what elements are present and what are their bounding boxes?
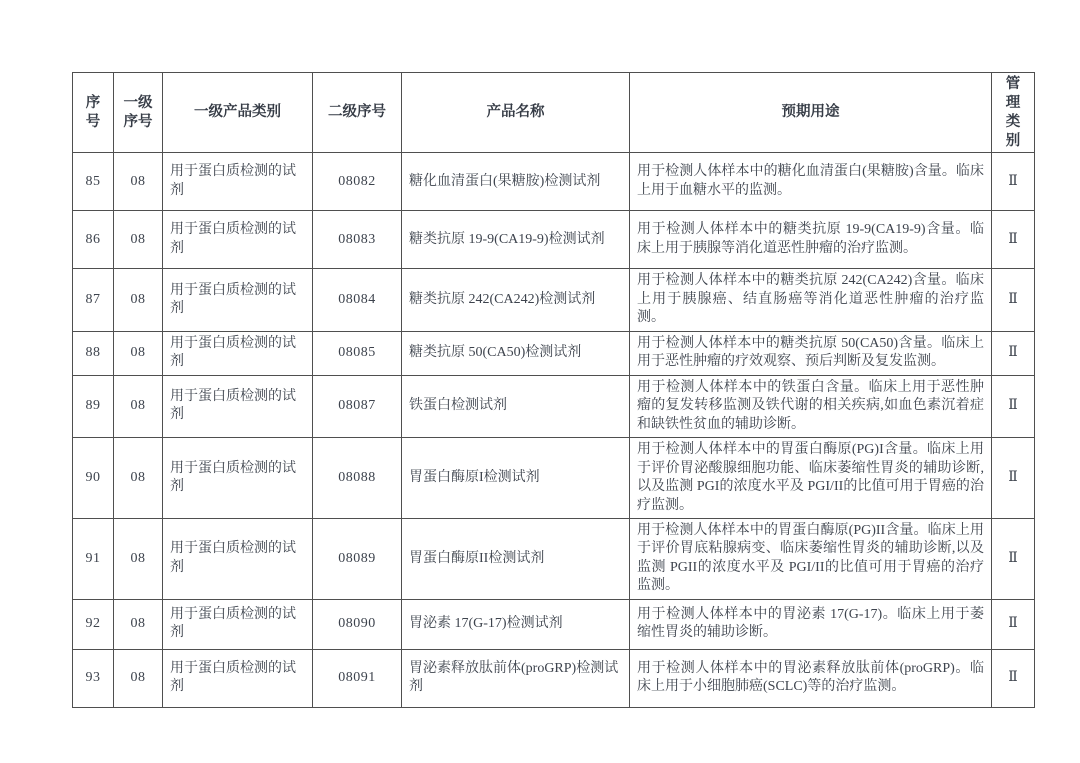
cell-serial-number: 93 — [73, 649, 114, 707]
cell-level1-category: 用于蛋白质检测的试剂 — [163, 331, 313, 375]
table-row: 89 08 用于蛋白质检测的试剂 08087 铁蛋白检测试剂 用于检测人体样本中… — [73, 375, 1035, 437]
cell-serial-number: 87 — [73, 269, 114, 331]
header-mgmt-class: 管理类别 — [992, 73, 1035, 153]
cell-mgmt-class: Ⅱ — [992, 438, 1035, 519]
header-level1-category: 一级产品类别 — [163, 73, 313, 153]
cell-level1-serial: 08 — [114, 599, 163, 649]
cell-level2-serial: 08087 — [313, 375, 402, 437]
cell-level2-serial: 08090 — [313, 599, 402, 649]
table-row: 93 08 用于蛋白质检测的试剂 08091 胃泌素释放肽前体(proGRP)检… — [73, 649, 1035, 707]
cell-mgmt-class: Ⅱ — [992, 211, 1035, 269]
cell-level1-serial: 08 — [114, 438, 163, 519]
table-row: 88 08 用于蛋白质检测的试剂 08085 糖类抗原 50(CA50)检测试剂… — [73, 331, 1035, 375]
cell-product-name: 糖类抗原 242(CA242)检测试剂 — [402, 269, 630, 331]
cell-level1-serial: 08 — [114, 331, 163, 375]
cell-level2-serial: 08084 — [313, 269, 402, 331]
cell-product-name: 胃蛋白酶原II检测试剂 — [402, 519, 630, 600]
cell-level1-serial: 08 — [114, 269, 163, 331]
cell-intended-use: 用于检测人体样本中的胃泌素 17(G-17)。临床上用于萎缩性胃炎的辅助诊断。 — [630, 599, 992, 649]
table-row: 90 08 用于蛋白质检测的试剂 08088 胃蛋白酶原I检测试剂 用于检测人体… — [73, 438, 1035, 519]
cell-level2-serial: 08083 — [313, 211, 402, 269]
cell-level1-category: 用于蛋白质检测的试剂 — [163, 649, 313, 707]
cell-level2-serial: 08082 — [313, 153, 402, 211]
cell-product-name: 胃泌素释放肽前体(proGRP)检测试剂 — [402, 649, 630, 707]
cell-intended-use: 用于检测人体样本中的糖类抗原 50(CA50)含量。临床上用于恶性肿瘤的疗效观察… — [630, 331, 992, 375]
document-page: 序号 一级序号 一级产品类别 二级序号 产品名称 预期用途 管理类别 85 08… — [0, 0, 1080, 763]
cell-serial-number: 92 — [73, 599, 114, 649]
cell-serial-number: 88 — [73, 331, 114, 375]
cell-serial-number: 85 — [73, 153, 114, 211]
header-serial-number: 序号 — [73, 73, 114, 153]
table-row: 85 08 用于蛋白质检测的试剂 08082 糖化血清蛋白(果糖胺)检测试剂 用… — [73, 153, 1035, 211]
header-intended-use: 预期用途 — [630, 73, 992, 153]
cell-product-name: 胃蛋白酶原I检测试剂 — [402, 438, 630, 519]
cell-level1-serial: 08 — [114, 153, 163, 211]
cell-mgmt-class: Ⅱ — [992, 331, 1035, 375]
header-product-name: 产品名称 — [402, 73, 630, 153]
cell-product-name: 铁蛋白检测试剂 — [402, 375, 630, 437]
cell-intended-use: 用于检测人体样本中的胃蛋白酶原(PG)II含量。临床上用于评价胃底粘腺病变、临床… — [630, 519, 992, 600]
table-row: 91 08 用于蛋白质检测的试剂 08089 胃蛋白酶原II检测试剂 用于检测人… — [73, 519, 1035, 600]
product-classification-table: 序号 一级序号 一级产品类别 二级序号 产品名称 预期用途 管理类别 85 08… — [72, 72, 1035, 708]
cell-level2-serial: 08085 — [313, 331, 402, 375]
cell-serial-number: 86 — [73, 211, 114, 269]
cell-mgmt-class: Ⅱ — [992, 375, 1035, 437]
cell-level1-category: 用于蛋白质检测的试剂 — [163, 519, 313, 600]
cell-product-name: 胃泌素 17(G-17)检测试剂 — [402, 599, 630, 649]
cell-level1-category: 用于蛋白质检测的试剂 — [163, 211, 313, 269]
table-row: 87 08 用于蛋白质检测的试剂 08084 糖类抗原 242(CA242)检测… — [73, 269, 1035, 331]
cell-product-name: 糖化血清蛋白(果糖胺)检测试剂 — [402, 153, 630, 211]
cell-intended-use: 用于检测人体样本中的胃蛋白酶原(PG)I含量。临床上用于评价胃泌酸腺细胞功能、临… — [630, 438, 992, 519]
cell-level1-serial: 08 — [114, 211, 163, 269]
cell-level1-serial: 08 — [114, 649, 163, 707]
cell-level1-category: 用于蛋白质检测的试剂 — [163, 153, 313, 211]
header-row: 序号 一级序号 一级产品类别 二级序号 产品名称 预期用途 管理类别 — [73, 73, 1035, 153]
cell-product-name: 糖类抗原 19-9(CA19-9)检测试剂 — [402, 211, 630, 269]
header-level1-serial: 一级序号 — [114, 73, 163, 153]
cell-serial-number: 91 — [73, 519, 114, 600]
cell-intended-use: 用于检测人体样本中的糖化血清蛋白(果糖胺)含量。临床上用于血糖水平的监测。 — [630, 153, 992, 211]
cell-intended-use: 用于检测人体样本中的糖类抗原 19-9(CA19-9)含量。临床上用于胰腺等消化… — [630, 211, 992, 269]
cell-level2-serial: 08091 — [313, 649, 402, 707]
table-sheet: 序号 一级序号 一级产品类别 二级序号 产品名称 预期用途 管理类别 85 08… — [72, 72, 1035, 708]
cell-level1-serial: 08 — [114, 375, 163, 437]
cell-level1-category: 用于蛋白质检测的试剂 — [163, 438, 313, 519]
cell-level1-category: 用于蛋白质检测的试剂 — [163, 599, 313, 649]
table-row: 86 08 用于蛋白质检测的试剂 08083 糖类抗原 19-9(CA19-9)… — [73, 211, 1035, 269]
cell-intended-use: 用于检测人体样本中的糖类抗原 242(CA242)含量。临床上用于胰腺癌、结直肠… — [630, 269, 992, 331]
header-level2-serial: 二级序号 — [313, 73, 402, 153]
cell-level2-serial: 08089 — [313, 519, 402, 600]
cell-mgmt-class: Ⅱ — [992, 519, 1035, 600]
cell-mgmt-class: Ⅱ — [992, 649, 1035, 707]
cell-intended-use: 用于检测人体样本中的胃泌素释放肽前体(proGRP)。临床上用于小细胞肺癌(SC… — [630, 649, 992, 707]
table-row: 92 08 用于蛋白质检测的试剂 08090 胃泌素 17(G-17)检测试剂 … — [73, 599, 1035, 649]
cell-intended-use: 用于检测人体样本中的铁蛋白含量。临床上用于恶性肿瘤的复发转移监测及铁代谢的相关疾… — [630, 375, 992, 437]
cell-level1-category: 用于蛋白质检测的试剂 — [163, 375, 313, 437]
cell-mgmt-class: Ⅱ — [992, 599, 1035, 649]
cell-mgmt-class: Ⅱ — [992, 269, 1035, 331]
cell-level1-category: 用于蛋白质检测的试剂 — [163, 269, 313, 331]
cell-level2-serial: 08088 — [313, 438, 402, 519]
cell-mgmt-class: Ⅱ — [992, 153, 1035, 211]
cell-serial-number: 90 — [73, 438, 114, 519]
cell-product-name: 糖类抗原 50(CA50)检测试剂 — [402, 331, 630, 375]
cell-serial-number: 89 — [73, 375, 114, 437]
cell-level1-serial: 08 — [114, 519, 163, 600]
